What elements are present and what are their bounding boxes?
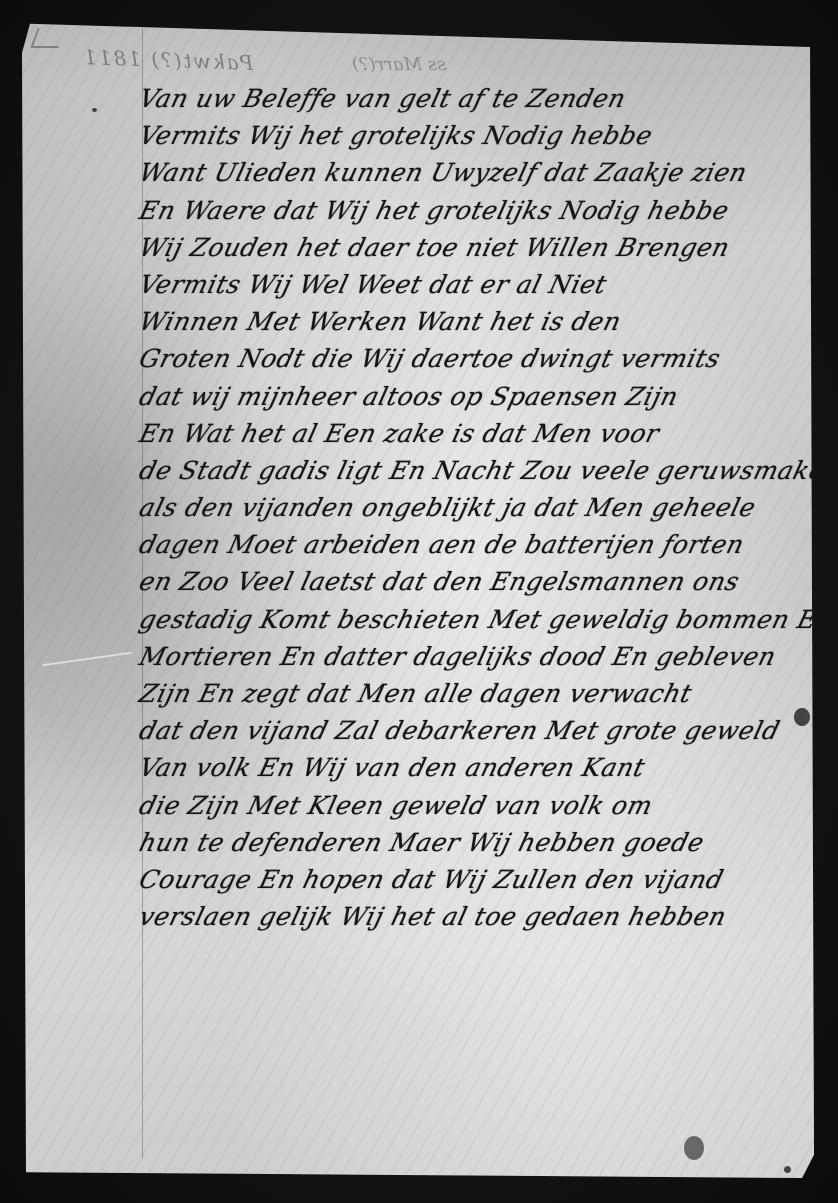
text-line: Zijn En zegt dat Men alle dagen verwacht <box>135 675 824 712</box>
text-line: dagen Moet arbeiden aen de batterijen fo… <box>135 526 824 563</box>
text-line: En Wat het al Een zake is dat Men voor <box>135 415 824 452</box>
ink-spot <box>92 108 97 112</box>
text-line: de Stadt gadis ligt En Nacht Zou veele g… <box>135 452 824 489</box>
text-line: die Zijn Met Kleen geweld van volk om <box>135 787 824 824</box>
text-line: Mortieren En datter dagelijks dood En ge… <box>135 638 824 675</box>
text-line: Groten Nodt die Wij daertoe dwingt vermi… <box>135 340 824 377</box>
text-line: Vermits Wij het grotelijks Nodig hebbe <box>135 117 824 154</box>
corner-fold-mark <box>30 28 65 48</box>
handwritten-text-block: Van uw Beleffe van gelt af te Zenden Ver… <box>140 80 820 935</box>
header-note-secondary: ss Marr(?) <box>352 54 446 75</box>
ink-spot <box>784 1166 791 1173</box>
text-line: Wij Zouden het daer toe niet Willen Bren… <box>135 229 824 266</box>
text-line: hun te defenderen Maer Wij hebben goede <box>135 824 824 861</box>
manuscript-page: Pakwt(?) 1811 ss Marr(?) Van uw Beleffe … <box>22 18 818 1178</box>
text-line: dat wij mijnheer altoos op Spaensen Zijn <box>135 378 824 415</box>
ink-spot <box>684 1136 704 1160</box>
text-line: als den vijanden ongeblijkt ja dat Men g… <box>135 489 824 526</box>
text-line: Van volk En Wij van den anderen Kant <box>135 749 824 786</box>
text-line: verslaen gelijk Wij het al toe gedaen he… <box>135 898 824 935</box>
text-line: En Waere dat Wij het grotelijks Nodig he… <box>135 192 824 229</box>
text-line: Vermits Wij Wel Weet dat er al Niet <box>135 266 824 303</box>
text-line: gestadig Komt beschieten Met geweldig bo… <box>135 601 824 638</box>
text-line: dat den vijand Zal debarkeren Met grote … <box>135 712 824 749</box>
text-line: en Zoo Veel laetst dat den Engelsmannen … <box>135 563 824 600</box>
text-line: Want Ulieden kunnen Uwyzelf dat Zaakje z… <box>135 154 824 191</box>
paper-crease <box>42 652 131 667</box>
header-note: Pakwt(?) 1811 <box>82 45 254 75</box>
text-line: Winnen Met Werken Want het is den <box>135 303 824 340</box>
text-line: Courage En hopen dat Wij Zullen den vija… <box>135 861 824 898</box>
text-line: Van uw Beleffe van gelt af te Zenden <box>135 80 824 117</box>
